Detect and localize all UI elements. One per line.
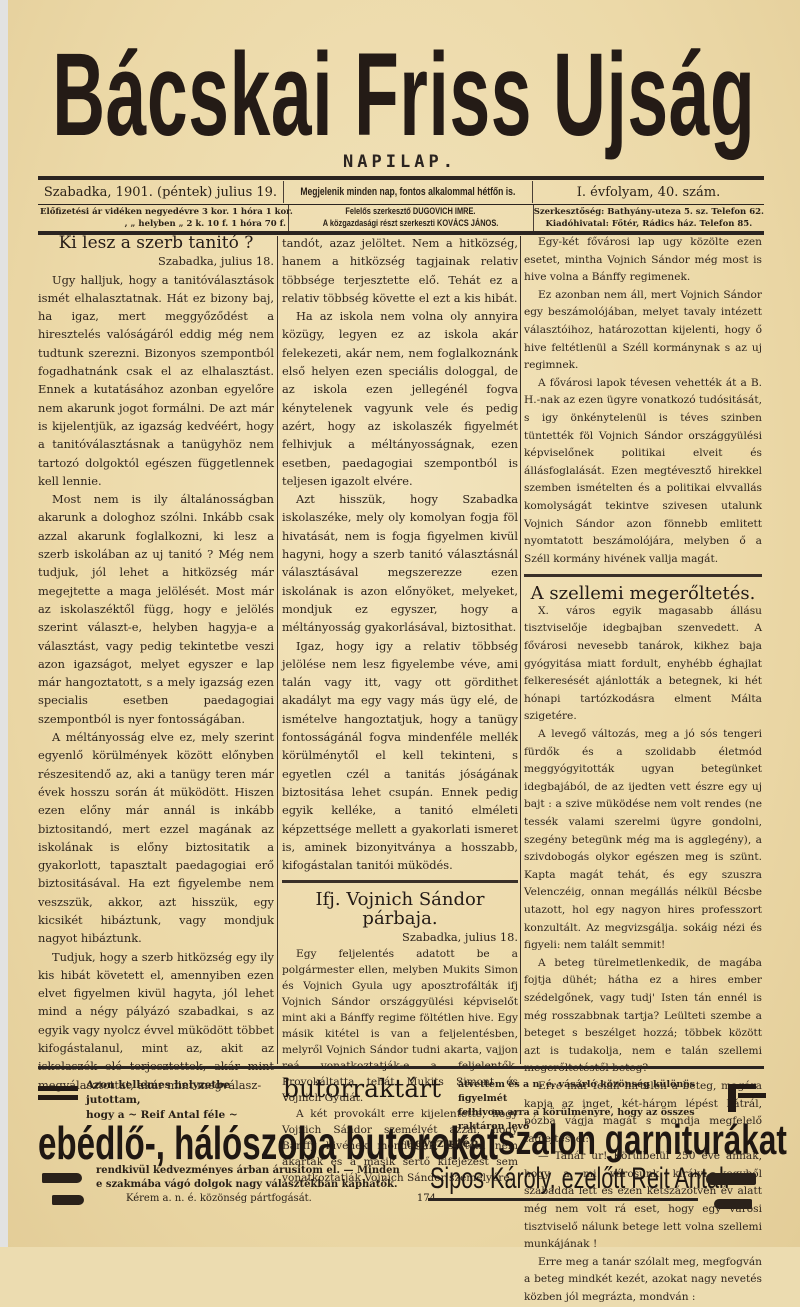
double-bar-ornament-icon — [728, 1084, 768, 1112]
advertisement: Azon kellemes helyzetbe jutottam, hogy a… — [38, 1072, 764, 1212]
article-paragraph: Most nem is ily általánosságban akarunk … — [38, 490, 274, 728]
double-bar-ornament-icon — [38, 1086, 78, 1104]
pointing-hand-icon — [714, 1194, 752, 1213]
article-paragraph: Ha az iskola nem volna oly annyira közüg… — [282, 307, 518, 490]
article-title: Ifj. Vojnich Sándor párbaja. — [282, 891, 518, 928]
ad-rule-top — [38, 1066, 764, 1069]
article-paragraph: A méltányosság elve ez, mely szerint egy… — [38, 728, 274, 948]
editors: Felelős szerkesztő DUGOVICH IMRE. A közg… — [289, 205, 534, 231]
masthead-title: Bácskai Friss Ujság — [38, 30, 770, 160]
ad-body: rendkivül kedvezményes árban árusitom el… — [96, 1164, 436, 1206]
column-1: Ki lesz a szerb tanitó ? Szabadka, juliu… — [38, 234, 274, 1094]
newspaper-page: Bácskai Friss Ujság NAPILAP. Szabadka, 1… — [0, 0, 800, 1247]
pointing-hand-icon — [706, 1170, 756, 1189]
article-paragraph: Ugy halljuk, hogy a tanitóválasztások is… — [38, 271, 274, 491]
column-divider-1 — [277, 236, 278, 1064]
article-paragraph: A levegő változás, meg a jó sós tengeri … — [524, 726, 762, 955]
signature-underline — [428, 1198, 698, 1201]
article-title: Ki lesz a szerb tanitó ? — [38, 234, 274, 252]
ad-headline: butorraktárt — [283, 1074, 441, 1103]
article-paragraph: tandót, azaz jelöltet. Nem a hitközség, … — [282, 234, 518, 307]
ad-connector: ugyszintén — [406, 1136, 479, 1150]
column-divider-2 — [520, 236, 521, 1064]
ad-signature: Sipos Károly, ezelőtt Reit Antal. — [430, 1162, 730, 1196]
masthead-subtitle: NAPILAP. — [0, 152, 800, 172]
article-dateline: Szabadka, julius 18. — [282, 928, 518, 946]
article-paragraph: A beteg türelmetlenkedik, de magába fojt… — [524, 955, 762, 1078]
office-info: Szerkesztőség: Bathyány-uteza 5. sz. Tel… — [534, 205, 764, 231]
article-separator — [282, 880, 518, 883]
header-row-2: Előfizetési ár vidéken negyedévre 3 kor.… — [38, 205, 764, 231]
ad-big-right: szalon garniturákat — [498, 1116, 787, 1164]
article-dateline: Szabadka, julius 18. — [38, 252, 274, 270]
article-separator — [524, 574, 762, 577]
publication-frequency: Megjelenik minden nap, fontos alkalommal… — [284, 181, 533, 203]
article-title: A szellemi megerőltetés. — [524, 585, 762, 603]
article-paragraph: Igaz, hogy igy a relativ többség jelölés… — [282, 637, 518, 875]
pointing-hand-icon — [52, 1190, 84, 1209]
subscription-prices: Előfizetési ár vidéken negyedévre 3 kor.… — [38, 205, 289, 231]
header-rule-top — [38, 176, 764, 180]
article-paragraph: A fővárosi lapok tévesen vehették át a B… — [524, 375, 762, 569]
issue-date: Szabadka, 1901. (péntek) julius 19. — [38, 181, 284, 203]
header-row-1: Szabadka, 1901. (péntek) julius 19. Megj… — [38, 181, 764, 203]
pointing-hand-icon — [42, 1168, 82, 1187]
column-2: tandót, azaz jelöltet. Nem a hitközség, … — [282, 234, 518, 1186]
article-paragraph: Azt hisszük, hogy Szabadka iskolaszéke, … — [282, 490, 518, 636]
article-paragraph: Ez azonban nem áll, mert Vojnich Sándor … — [524, 287, 762, 375]
article-paragraph: X. város egyik magasabb állásu tisztvise… — [524, 603, 762, 726]
article-paragraph: Egy-két fővárosi lap ugy közölte ezen es… — [524, 234, 762, 287]
volume-number: I. évfolyam, 40. szám. — [533, 181, 764, 203]
scan-edge — [0, 0, 8, 1247]
